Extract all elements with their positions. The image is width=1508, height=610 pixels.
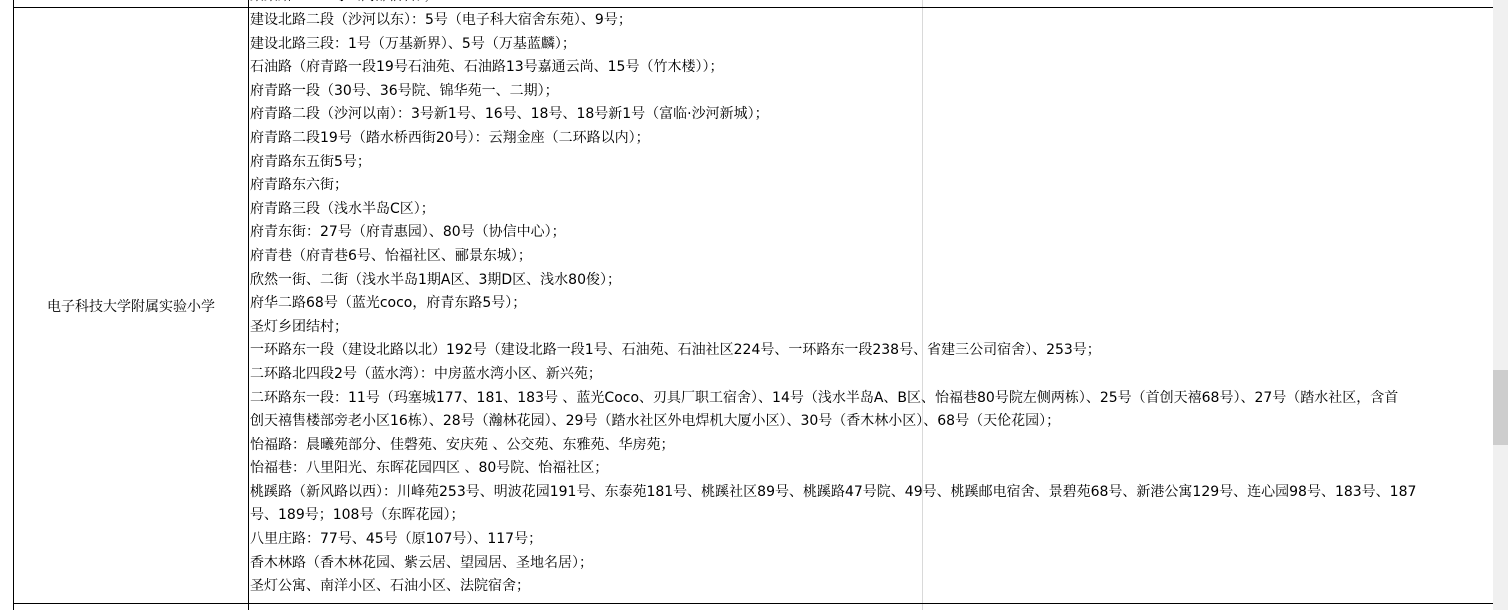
address-line: 府青巷（府青巷6号、怡福社区、郦景东城）； <box>250 245 1493 269</box>
address-line: 建设北路二段（沙河以东）：5号（电子科大宿舍东苑）、9号； <box>250 9 1493 33</box>
scrollbar-thumb[interactable] <box>1493 370 1508 445</box>
address-line: 府青路三段（浅水半岛C区）； <box>250 198 1493 222</box>
row-border-bottom <box>13 603 1493 604</box>
address-line: 怡福路：晨曦苑部分、佳磬苑、安庆苑 、公交苑、东雅苑、华房苑； <box>250 434 1493 458</box>
previous-row-text: 某某路：000号（内部宿舍）； <box>250 0 438 6</box>
address-list-cell[interactable]: 建设北路二段（沙河以东）：5号（电子科大宿舍东苑）、9号； 建设北路三段：1号（… <box>250 9 1493 599</box>
address-line: 府青路东六街； <box>250 174 1493 198</box>
address-line: 怡福巷：八里阳光、东晖花园四区 、80号院、怡福社区； <box>250 457 1493 481</box>
school-name: 电子科技大学附属实验小学 <box>47 296 215 316</box>
address-line: 圣灯公寓、南洋小区、石油小区、法院宿舍； <box>250 575 1493 599</box>
address-line: 圣灯乡团结村； <box>250 316 1493 340</box>
vertical-scrollbar[interactable] <box>1493 0 1508 610</box>
address-line: 欣然一街、二街（浅水半岛1期A区、3期D区、浅水80俊）； <box>250 269 1493 293</box>
address-line: 石油路（府青路一段19号石油苑、石油路13号嘉通云尚、15号（竹木楼））； <box>250 56 1493 80</box>
spreadsheet-view: 某某路：000号（内部宿舍）； 电子科技大学附属实验小学 建设北路二段（沙河以东… <box>0 0 1493 610</box>
address-line: 香木林路（香木林花园、紫云居、望园居、圣地名居）； <box>250 552 1493 576</box>
address-line: 号、189号；108号（东晖花园）； <box>250 504 1493 528</box>
address-line: 创天禧售楼部旁老小区16栋）、28号（瀚林花园）、29号（踏水社区外电焊机大厦小… <box>250 410 1493 434</box>
address-line: 二环路东一段：11号（玛塞城177、181、183号 、蓝光Coco、刃具厂职工… <box>250 387 1493 411</box>
address-line: 建设北路三段：1号（万基新界）、5号（万基蓝麟）； <box>250 33 1493 57</box>
school-name-cell[interactable]: 电子科技大学附属实验小学 <box>14 8 248 603</box>
address-line: 桃蹊路（新风路以西）：川峰苑253号、明波花园191号、东泰苑181号、桃蹊社区… <box>250 481 1493 505</box>
address-line: 府青东街：27号（府青惠园）、80号（协信中心）； <box>250 221 1493 245</box>
address-line: 府青路二段（沙河以南）：3号新1号、16号、18号、18号新1号（富临·沙河新城… <box>250 103 1493 127</box>
address-line: 府青路一段（30号、36号院、锦华苑一、二期）； <box>250 80 1493 104</box>
address-line: 府青路二段19号（踏水桥西街20号）：云翔金座（二环路以内）； <box>250 127 1493 151</box>
address-line: 府青路东五街5号； <box>250 151 1493 175</box>
address-line: 府华二路68号（蓝光coco，府青东路5号）； <box>250 292 1493 316</box>
address-line: 八里庄路：77号、45号（原107号）、117号； <box>250 528 1493 552</box>
address-line: 一环路东一段（建设北路以北）192号（建设北路一段1号、石油苑、石油社区224号… <box>250 339 1493 363</box>
address-line: 二环路北四段2号（蓝水湾）：中房蓝水湾小区、新兴苑； <box>250 363 1493 387</box>
column-divider <box>248 0 249 610</box>
